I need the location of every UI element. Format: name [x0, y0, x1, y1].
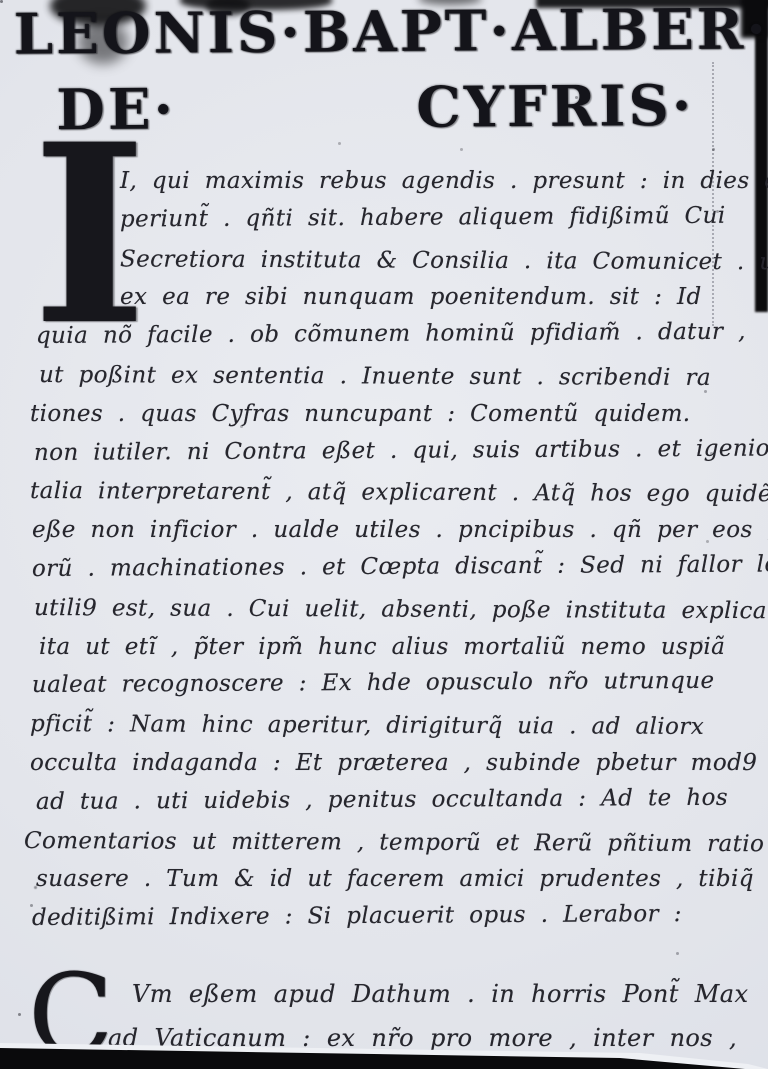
opening-paragraph: I I, qui maximis rebus agendis . presunt…: [30, 162, 746, 938]
text-line: ut poßint ex sententia . Inuente sunt . …: [39, 356, 746, 398]
text-line: ualeat recognoscere : Ex hde opusculo nr…: [32, 662, 746, 705]
text-line: ad tua . uti uidebis , penitus occultand…: [36, 778, 746, 821]
text-line: non iutiler. ni Contra eßet . qui, suis …: [34, 429, 746, 472]
text-line: periunt̃ . qñti sit. habere aliquem fidi…: [30, 196, 746, 239]
text-line: utili9 est, sua . Cui uelit, absenti, po…: [34, 589, 746, 631]
text-line: eße non inficior . ualde utiles . pncipi…: [32, 511, 746, 550]
text-line: talia interpretarent̃ , atq̃ explicarent…: [30, 472, 746, 514]
title-word-alber: ALBER·: [512, 0, 768, 63]
text-line: suasere . Tum & id ut facerem amici prud…: [36, 860, 746, 899]
paper-specks: [0, 0, 2, 2]
text-line: occulta indaganda : Et præterea , subind…: [30, 744, 746, 783]
title-word-bapt: BAPT·: [303, 0, 513, 65]
closing-paragraph: C Vm eßem apud Dathum . in horris Pont̃ …: [28, 972, 752, 1060]
text-line: quia nõ facile . ob cõmunem hominũ pfidi…: [36, 313, 746, 356]
text-line: deditißimi Indixere : Si placuerit opus …: [32, 895, 746, 938]
text-line: ad Vaticanum : ex nr̃o pro more , inter …: [28, 1016, 752, 1060]
text-line: tiones . quas Cyfras nuncupant : Comentũ…: [30, 395, 746, 434]
title-word-leonis: LEONIS·: [14, 1, 304, 67]
text-line: ita ut etĩ , p̃ter ipm̃ hunc alius morta…: [39, 628, 746, 667]
text-line: pficit̃ : Nam hinc aperitur, dirigiturq̃…: [30, 705, 746, 747]
text-line: Secretiora instituta & Consilia . ita Co…: [30, 240, 746, 282]
drop-cap-C: C: [28, 972, 108, 1060]
title-word-cyfris: CYFRIS·: [416, 74, 694, 140]
manuscript-page: LEONIS· BAPT· ALBER· DE· CYFRIS· I I, qu…: [0, 0, 768, 1069]
text-line: Vm eßem apud Dathum . in horris Pont̃ Ma…: [28, 972, 752, 1016]
title-line-1: LEONIS· BAPT· ALBER·: [14, 0, 756, 67]
drop-cap-C-glyph: C: [28, 960, 114, 1069]
text-line: Comentarios ut mitterem , temporũ et Rer…: [24, 822, 746, 864]
text-line: orũ . machinationes . et Cœpta discant̃ …: [32, 546, 746, 589]
